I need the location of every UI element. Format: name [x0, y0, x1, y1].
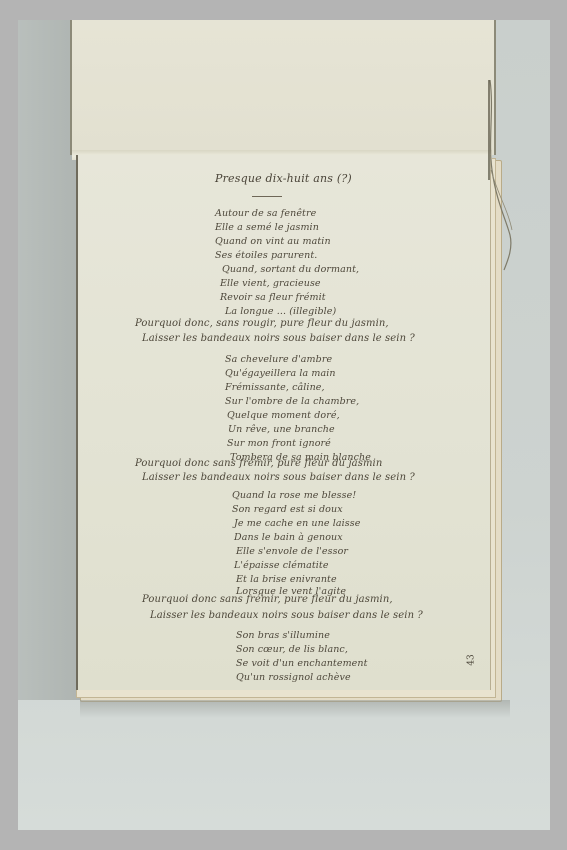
verse-line: Quand, sortant du dormant,: [222, 264, 359, 275]
verse-line: Elle s'envole de l'essor: [236, 546, 348, 557]
refrain-line: Pourquoi donc, sans rougir, pure fleur d…: [135, 318, 389, 329]
refrain-line: Laisser les bandeaux noirs sous baiser d…: [150, 610, 423, 621]
verse-line: Se voit d'un enchantement: [236, 658, 368, 669]
refrain-line: Pourquoi donc sans frémir, pure fleur du…: [135, 458, 382, 469]
poem-title: Presque dix-huit ans (?): [215, 172, 352, 185]
verse-line: Dans le bain à genoux: [234, 532, 343, 543]
refrain-line: Laisser les bandeaux noirs sous baiser d…: [142, 472, 415, 483]
verse-line: La longue ... (illegible): [225, 306, 336, 317]
verse-line: Et la brise enivrante: [236, 574, 337, 585]
verse-line: Quelque moment doré,: [227, 410, 340, 421]
folio-number: 43: [467, 654, 477, 665]
notebook-upper-page: [70, 20, 496, 155]
verse-line: Qu'un rossignol achève: [236, 672, 351, 683]
verse-line: Un rêve, une branche: [228, 424, 335, 435]
verse-line: Elle a semé le jasmin: [215, 222, 319, 233]
verse-line: Frémissante, câline,: [225, 382, 325, 393]
verse-line: Sur mon front ignoré: [227, 438, 331, 449]
verse-line: Son cœur, de lis blanc,: [236, 644, 348, 655]
verse-line: Quand la rose me blesse!: [232, 490, 356, 501]
verse-line: Quand on vint au matin: [215, 236, 331, 247]
verse-line: Je me cache en une laisse: [234, 518, 360, 529]
verse-line: Revoir sa fleur frémit: [220, 292, 326, 303]
binding-thread-icon: [488, 80, 528, 280]
page-shadow: [80, 700, 510, 718]
verse-line: Ses étoiles parurent.: [215, 250, 317, 261]
verse-line: Son bras s'illumine: [236, 630, 330, 641]
verse-line: Qu'égayeillera la main: [225, 368, 336, 379]
verse-line: Sa chevelure d'ambre: [225, 354, 332, 365]
refrain-line: Pourquoi donc sans frémir, pure fleur du…: [142, 594, 393, 605]
verse-line: Son regard est si doux: [232, 504, 343, 515]
verse-line: L'épaisse clématite: [234, 560, 329, 571]
verse-line: Autour de sa fenêtre: [215, 208, 316, 219]
title-underline: [252, 196, 282, 197]
verse-line: Elle vient, gracieuse: [220, 278, 321, 289]
refrain-line: Laisser les bandeaux noirs sous baiser d…: [142, 333, 415, 344]
verse-line: Sur l'ombre de la chambre,: [225, 396, 359, 407]
